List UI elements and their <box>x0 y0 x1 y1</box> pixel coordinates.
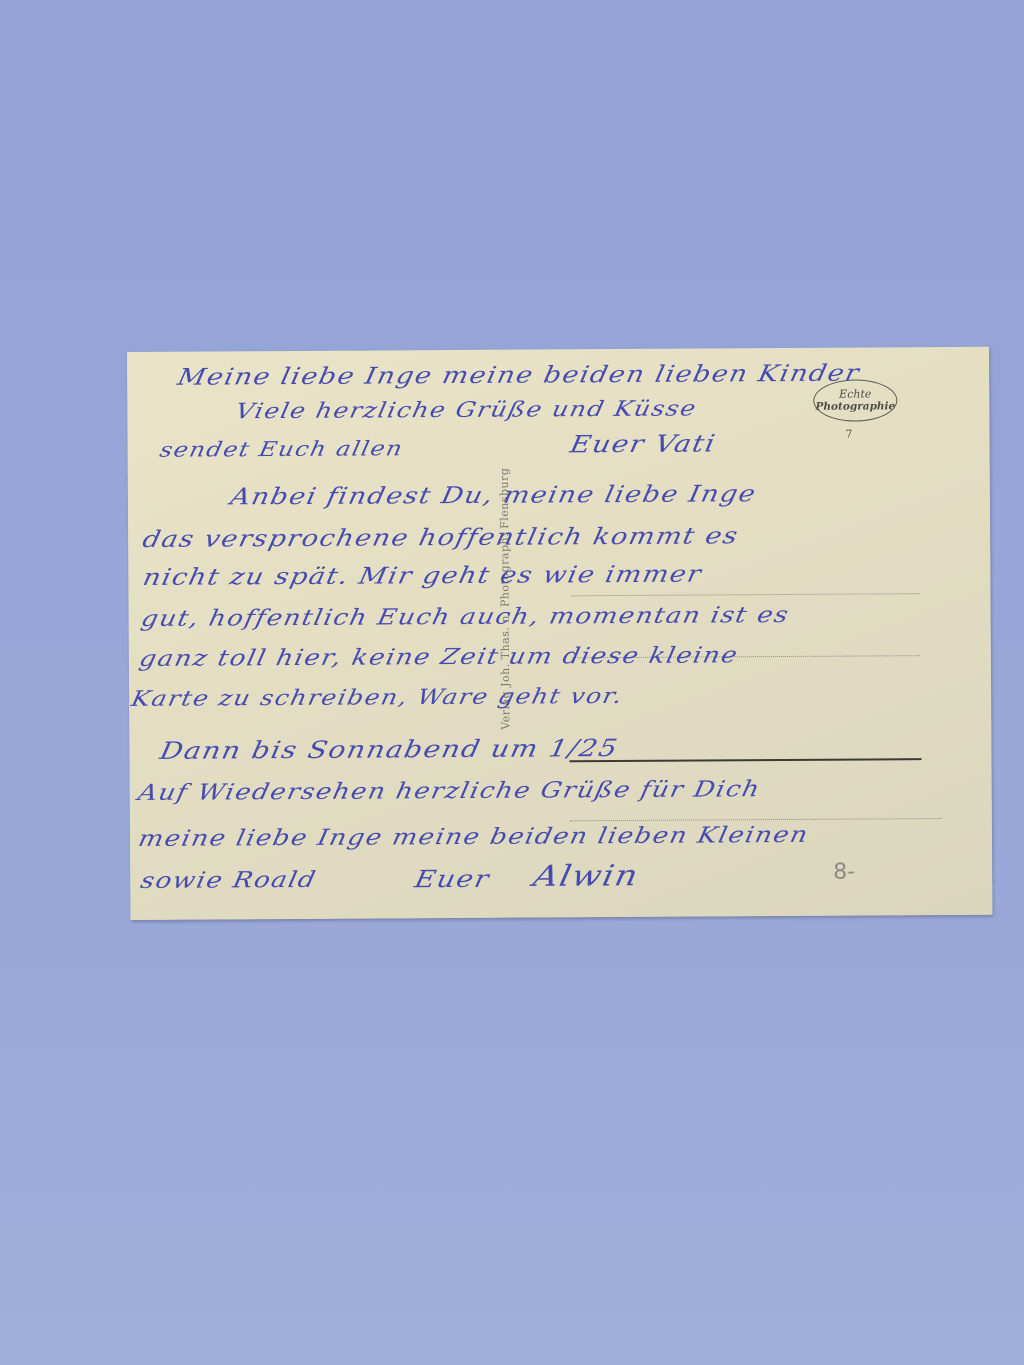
handwriting-line: Meine liebe Inge meine beiden lieben Kin… <box>175 360 862 391</box>
handwriting-line: nicht zu spät. Mir geht es wie immer <box>140 561 704 591</box>
handwriting-line: Anbei findest Du, meine liebe Inge <box>228 481 759 511</box>
handwriting-line: das versprochene hoffentlich kommt es <box>140 523 741 553</box>
postcard: Echte Photographie 7 Verlag Joh. Thas. n… <box>127 347 992 920</box>
handwriting-line: Euer Vati <box>568 429 719 458</box>
signature: Alwin <box>530 859 642 894</box>
stamp-line-2: Photographie <box>815 400 895 412</box>
handwriting-line: gut, hoffentlich Euch auch, momentan ist… <box>139 602 792 631</box>
handwriting-line: Viele herzliche Grüße und Küsse <box>233 396 699 423</box>
card-number: 7 <box>845 428 852 441</box>
handwriting-line: Euer <box>412 865 492 894</box>
address-line-4 <box>570 818 942 821</box>
handwriting-line: Auf Wiedersehen herzliche Grüße für Dich <box>136 777 763 806</box>
address-line-3 <box>570 758 922 762</box>
pencil-price-mark: 8- <box>833 860 855 885</box>
handwriting-line: sowie Roald <box>138 867 319 894</box>
handwriting-line: ganz toll hier, keine Zeit um diese klei… <box>137 643 741 672</box>
stamp-line-1: Echte <box>839 388 871 400</box>
handwriting-line: Dann bis Sonnabend um 1/25 <box>158 734 622 765</box>
handwriting-line: Karte zu schreiben, Ware geht vor. <box>129 683 625 711</box>
address-line-1 <box>571 593 919 596</box>
handwriting-line: meine liebe Inge meine beiden lieben Kle… <box>136 822 811 852</box>
handwriting-line: sendet Euch allen <box>158 436 406 461</box>
